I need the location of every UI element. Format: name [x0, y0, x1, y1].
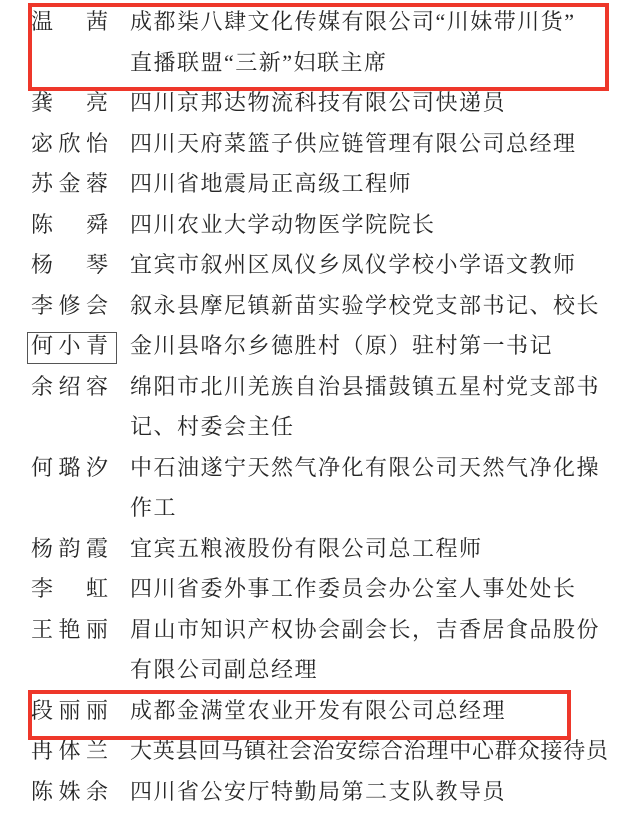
entry-row: 王艳丽 眉山市知识产权协会副会长，吉香居食品股份 有限公司副总经理 [0, 610, 620, 691]
entry-name: 杨 琴 [31, 245, 108, 286]
entry-name-text: 王艳丽 [31, 617, 108, 642]
entry-name: 苏金蓉 [31, 164, 108, 205]
entry-row: 龚 亮 四川京邦达物流科技有限公司快递员 [0, 83, 620, 124]
entry-name-text: 陈 舜 [31, 212, 108, 237]
entry-row: 李修会 叙永县摩尼镇新苗实验学校党支部书记、校长 [0, 286, 620, 327]
entry-name-text: 段丽丽 [31, 698, 108, 723]
entry-row: 苏金蓉 四川省地震局正高级工程师 [0, 164, 620, 205]
entry-name: 李 虹 [31, 569, 108, 610]
entry-name-text: 何璐汐 [31, 455, 108, 480]
entry-description: 绵阳市北川羌族自治县擂鼓镇五星村党支部书 记、村委会主任 [130, 367, 620, 448]
entry-description: 中石油遂宁天然气净化有限公司天然气净化操 作工 [130, 448, 620, 529]
entry-name-text: 杨 琴 [31, 252, 108, 277]
entry-description: 四川京邦达物流科技有限公司快递员 [130, 83, 620, 124]
entry-description: 叙永县摩尼镇新苗实验学校党支部书记、校长 [130, 286, 620, 327]
entry-row: 李 虹 四川省委外事工作委员会办公室人事处处长 [0, 569, 620, 610]
entry-name-text: 杨韵霞 [31, 536, 108, 561]
entry-name-text: 李 虹 [31, 576, 108, 601]
entry-description: 四川省地震局正高级工程师 [130, 164, 620, 205]
entry-name-text: 陈姝余 [31, 779, 108, 804]
award-name-list: 温 茜 成都柒八肆文化传媒有限公司“川妹带川货” 直播联盟“三新”妇联主席 龚 … [0, 2, 620, 812]
entry-description: 四川省委外事工作委员会办公室人事处处长 [130, 569, 620, 610]
entry-row: 何璐汐 中石油遂宁天然气净化有限公司天然气净化操 作工 [0, 448, 620, 529]
entry-description: 宜宾市叙州区凤仪乡凤仪学校小学语文教师 [130, 245, 620, 286]
entry-name-text: 李修会 [31, 293, 108, 318]
entry-description: 成都金满堂农业开发有限公司总经理 [130, 691, 620, 732]
entry-name: 李修会 [31, 286, 108, 327]
entry-name-text: 温 茜 [31, 9, 108, 34]
entry-name-text: 宓欣怡 [31, 131, 108, 156]
entry-row: 余绍容 绵阳市北川羌族自治县擂鼓镇五星村党支部书 记、村委会主任 [0, 367, 620, 448]
entry-row: 段丽丽 成都金满堂农业开发有限公司总经理 [0, 691, 620, 732]
entry-row: 宓欣怡 四川天府菜篮子供应链管理有限公司总经理 [0, 124, 620, 165]
entry-name-text: 龚 亮 [31, 90, 108, 115]
entry-name: 杨韵霞 [31, 529, 108, 570]
entry-name: 冉体兰 [31, 731, 108, 772]
entry-name: 宓欣怡 [31, 124, 108, 165]
entry-description: 四川农业大学动物医学院院长 [130, 205, 620, 246]
entry-description: 大英县回马镇社会治安综合治理中心群众接待员 [130, 731, 620, 772]
entry-row: 温 茜 成都柒八肆文化传媒有限公司“川妹带川货” 直播联盟“三新”妇联主席 [0, 2, 620, 83]
entry-name-text: 苏金蓉 [31, 171, 108, 196]
entry-name: 何小青 [31, 326, 108, 367]
entry-description: 眉山市知识产权协会副会长，吉香居食品股份 有限公司副总经理 [130, 610, 620, 691]
entry-row: 杨 琴 宜宾市叙州区凤仪乡凤仪学校小学语文教师 [0, 245, 620, 286]
entry-name-text: 冉体兰 [31, 738, 108, 763]
entry-name: 陈 舜 [31, 205, 108, 246]
entry-description: 四川省公安厅特勤局第二支队教导员 [130, 772, 620, 813]
entry-name: 龚 亮 [31, 83, 108, 124]
entry-row: 何小青 金川县咯尔乡德胜村（原）驻村第一书记 [0, 326, 620, 367]
entry-name: 王艳丽 [31, 610, 108, 651]
entry-name: 何璐汐 [31, 448, 108, 489]
entry-name: 温 茜 [31, 2, 108, 43]
entry-name: 段丽丽 [31, 691, 108, 732]
entry-name: 陈姝余 [31, 772, 108, 813]
entry-name: 余绍容 [31, 367, 108, 408]
entry-row: 杨韵霞 宜宾五粮液股份有限公司总工程师 [0, 529, 620, 570]
entry-description: 金川县咯尔乡德胜村（原）驻村第一书记 [130, 326, 620, 367]
entry-name-text: 何小青 [31, 333, 108, 358]
entry-description: 四川天府菜篮子供应链管理有限公司总经理 [130, 124, 620, 165]
entry-description: 宜宾五粮液股份有限公司总工程师 [130, 529, 620, 570]
entry-description: 成都柒八肆文化传媒有限公司“川妹带川货” 直播联盟“三新”妇联主席 [130, 2, 620, 83]
entry-name-text: 余绍容 [31, 374, 108, 399]
entry-row: 陈姝余 四川省公安厅特勤局第二支队教导员 [0, 772, 620, 813]
entry-row: 冉体兰 大英县回马镇社会治安综合治理中心群众接待员 [0, 731, 620, 772]
entry-row: 陈 舜 四川农业大学动物医学院院长 [0, 205, 620, 246]
